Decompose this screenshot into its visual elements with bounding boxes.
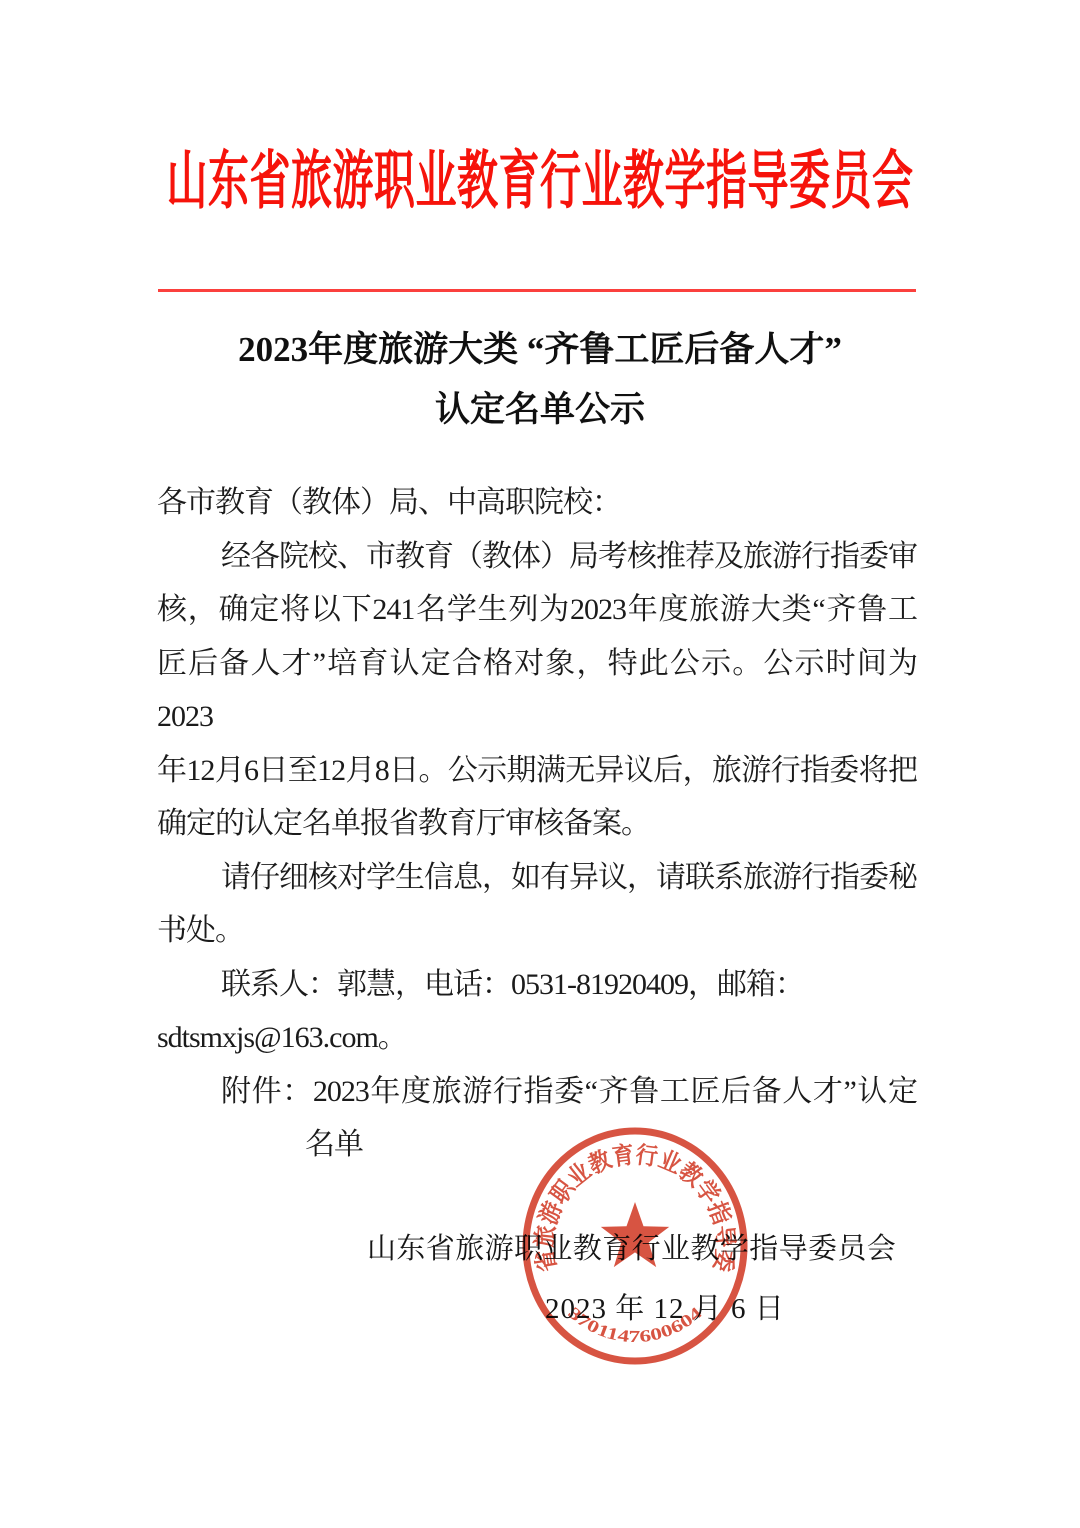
body-line: 确定的认定名单报省教育厅审核备案。 — [157, 797, 917, 851]
star-icon — [601, 1202, 669, 1267]
seal-number: 3701147600604 — [564, 1303, 706, 1346]
body-line-email: sdtsmxjs@163.com。 — [157, 1011, 917, 1065]
doc-title-line1: 2023年度旅游大类 “齐鲁工匠后备人才” — [0, 322, 1080, 372]
body-line-attachment: 附件：2023年度旅游行指委“齐鲁工匠后备人才”认定 — [157, 1065, 917, 1119]
org-header-title: 山东省旅游职业教育行业教学指导委员会 — [0, 150, 1080, 215]
body-line-salutation: 各市教育（教体）局、中高职院校： — [157, 476, 917, 530]
notice-body: 各市教育（教体）局、中高职院校： 经各院校、市教育（教体）局考核推荐及旅游行指委… — [157, 476, 917, 1172]
body-line: 核，确定将以下241名学生列为2023年度旅游大类“齐鲁工 — [157, 583, 917, 637]
official-seal: 山东省旅游职业教育行业教学指导委员会 3701147600604 — [515, 1121, 755, 1369]
body-line-contact: 联系人：郭慧，电话：0531-81920409，邮箱： — [157, 958, 917, 1012]
document-page: 山东省旅游职业教育行业教学指导委员会 2023年度旅游大类 “齐鲁工匠后备人才”… — [0, 0, 1080, 1528]
doc-title-line2: 认定名单公示 — [0, 382, 1080, 432]
body-line: 匠后备人才”培育认定合格对象，特此公示。公示时间为2023 — [157, 637, 917, 744]
body-line: 书处。 — [157, 904, 917, 958]
red-divider-line — [158, 289, 916, 292]
body-line: 请仔细核对学生信息，如有异议，请联系旅游行指委秘 — [157, 851, 917, 905]
body-line: 经各院校、市教育（教体）局考核推荐及旅游行指委审 — [157, 530, 917, 584]
svg-text:3701147600604: 3701147600604 — [564, 1303, 706, 1346]
body-line: 年12月6日至12月8日。公示期满无异议后，旅游行指委将把 — [157, 744, 917, 798]
